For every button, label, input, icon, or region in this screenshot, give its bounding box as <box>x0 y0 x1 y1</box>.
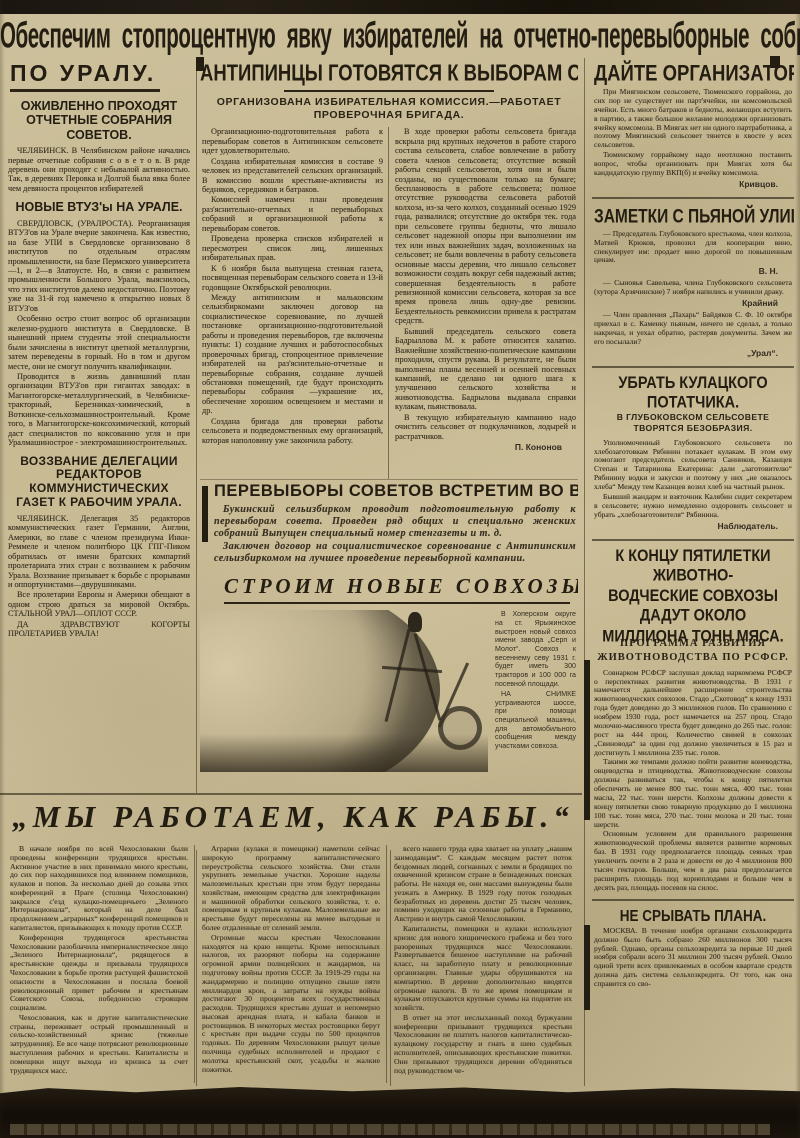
article-otchetnye-sobraniya: ОЖИВЛЕННО ПРОХОДЯТ ОТЧЕТНЫЕ СОБРАНИЯ СОВ… <box>8 99 190 193</box>
center-section: АНТИПИНЦЫ ГОТОВЯТСЯ К ВЫБОРАМ СЕЛЬСОВЕТА… <box>200 57 578 793</box>
antipintsy-body: Организационно-подготовительная работа к… <box>200 127 578 479</box>
antipintsy-subheadline: ОРГАНИЗОВАНА ИЗБИРАТЕЛЬНАЯ КОМИССИЯ.—РАБ… <box>204 96 574 122</box>
emphasis-bar <box>584 660 590 820</box>
antipintsy-headline: АНТИПИНЦЫ ГОТОВЯТСЯ К ВЫБОРАМ СЕЛЬСОВЕТА… <box>200 59 578 87</box>
emphasis-bar <box>584 925 590 1010</box>
zametki-item: — Сыновья Савельева, члена Глубоковского… <box>594 279 792 297</box>
article-pyatiletka: К КОНЦУ ПЯТИЛЕТКИ ЖИВОТНО- ВОДЧЕСКИЕ СОВ… <box>592 539 794 895</box>
newspaper-page: Обеспечим стопроцентную явку избирателей… <box>0 0 800 1138</box>
bottom-col1: В начале ноября по всей Чехословакии был… <box>8 845 194 1083</box>
article-vozzvanie: ВОЗЗВАНИЕ ДЕЛЕГАЦИИ РЕДАКТОРОВ КОММУНИСТ… <box>8 455 190 639</box>
bottom-col3: всего нашего труда едва хватает на уплат… <box>386 845 578 1083</box>
bottom-headline: „МЫ РАБОТАЕМ, КАК РАБЫ.“ <box>8 799 578 835</box>
paragraph: НА СНИМКЕ устраиваются шоссе, при помощи… <box>495 690 576 750</box>
emphasis-bar <box>202 486 208 542</box>
article-body: ЧЕЛЯБИНСК. В Челябинском районе начались… <box>8 146 190 193</box>
paragraph: Основным условием для правильного разреш… <box>594 830 792 892</box>
paragraph: Бывший председатель сельского совета Бад… <box>395 327 576 412</box>
paragraph: Такими же темпами должно пойти развитие … <box>594 758 792 829</box>
banner-headline: Обеспечим стопроцентную явку избирателей… <box>0 16 800 58</box>
paragraph: Проведена проверка списков избирателей и… <box>202 234 383 262</box>
article-body: Уполномоченный Глубоковского сельсовета … <box>594 439 792 520</box>
paragraph: Аграрии (кулаки и помещики) наметили сей… <box>202 845 380 933</box>
article-body: При Миягинском сельсовете, Тюменского го… <box>594 88 792 178</box>
paragraph: Заключен договор на социалистическое сор… <box>214 541 576 565</box>
paragraph: Особенно остро стоит вопрос об организац… <box>8 314 190 371</box>
rule <box>10 89 160 92</box>
item-text: — Сыновья Савельева, члена Глубоковского… <box>594 279 792 297</box>
zametki-item: — Председатель Глубоковского крестькома,… <box>594 230 792 266</box>
photo-machine-wheel <box>438 706 482 750</box>
antipintsy-col2: В ходе проверки работы сельсовета бригад… <box>388 127 578 479</box>
photo-worker-figure <box>408 612 422 632</box>
torn-edge-top <box>0 0 800 14</box>
antipintsy-col2-text: В ходе проверки работы сельсовета бригад… <box>395 127 576 441</box>
paragraph: ЧЕЛЯБИНСК. Делегация 35 редакторов комму… <box>8 514 190 590</box>
paragraph: Совнарком РСФСР заслушал доклад наркомзе… <box>594 669 792 758</box>
paragraph: Комиссией намечен план проведения раз'яс… <box>202 195 383 233</box>
title-line: К КОНЦУ ПЯТИЛЕТКИ ЖИВОТНО- <box>615 547 770 585</box>
signature: Крайний <box>594 298 792 308</box>
paragraph: Проводится в жизнь давнишний план органи… <box>8 372 190 448</box>
paragraph: В начале ноября по всей Чехословакии был… <box>10 845 188 933</box>
article-title: ДАЙТЕ ОРГАНИЗАТОРОВ! <box>594 60 792 86</box>
paragraph: К 6 ноября была выпущена стенная газета,… <box>202 264 383 292</box>
title-line: МИЛЛИОНА ТОНН МЯСА. <box>602 626 783 644</box>
article-title: НЕ СРЫВАТЬ ПЛАНА. <box>594 907 792 926</box>
article-ne-sryvat-plana: НЕ СРЫВАТЬ ПЛАНА. МОСКВА. В течение нояб… <box>592 899 794 991</box>
photo-beam <box>414 634 442 721</box>
article-title: К КОНЦУ ПЯТИЛЕТКИ ЖИВОТНО- ВОДЧЕСКИЕ СОВ… <box>594 547 792 647</box>
paragraph: Огромные массы крестьян Чехословакии нах… <box>202 934 380 1075</box>
paragraph: В ответ на этот неслыханный поход буржуа… <box>394 1014 572 1075</box>
article-daite-organizatorov: ДАЙТЕ ОРГАНИЗАТОРОВ! При Миягинском сель… <box>592 57 794 193</box>
perevybory-text: Букинский сельизбирком проводит подготов… <box>214 504 576 565</box>
bottom-col2: Аграрии (кулаки и помещики) наметили сей… <box>194 845 386 1083</box>
article-subtitle: В ГЛУБОКОВСКОМ СЕЛЬСОВЕТЕ ТВОРЯТСЯ БЕЗОБ… <box>594 412 792 434</box>
paragraph: Тюменскому горрайкому надо неотложно пос… <box>594 151 792 178</box>
paragraph: Создана избирательная комиссия в составе… <box>202 157 383 195</box>
zametki-item: — Член правления „Пахарь“ Байдяков С. Ф.… <box>594 311 792 347</box>
sovhozy-headline: СТРОИМ НОВЫЕ СОВХОЗЫ <box>224 574 570 604</box>
article-novye-vtuzy: НОВЫЕ ВТУЗ'ы НА УРАЛЕ. СВЕРДЛОВСК, (УРАЛ… <box>8 200 190 447</box>
article-zametki: ЗАМЕТКИ С ПЬЯНОЙ УЛИЦЫ. — Председатель Г… <box>592 197 794 362</box>
paragraph: СВЕРДЛОВСК, (УРАЛРОСТА). Реорганизация В… <box>8 219 190 314</box>
section-divider <box>0 793 582 795</box>
sovhozy-block: В Хоперском округе на ст. Ярыжинское выс… <box>200 610 578 772</box>
photo-caption: В Хоперском округе на ст. Ярыжинское выс… <box>495 610 578 772</box>
section-title-po-uralu: ПО УРАЛУ. <box>10 60 190 87</box>
perevybory-headline: ПЕРЕВЫБОРЫ СОВЕТОВ ВСТРЕТИМ ВО ВСЕОРУЖИИ… <box>214 482 576 501</box>
antipintsy-col1: Организационно-подготовительная работа к… <box>200 127 388 479</box>
paragraph: Букинский сельизбирком проводит подготов… <box>214 504 576 540</box>
article-body: Совнарком РСФСР заслушал доклад наркомзе… <box>594 669 792 893</box>
next-page-text-sliver <box>10 1124 770 1135</box>
sovkhoz-construction-photo <box>200 610 488 772</box>
article-ubrat-potatchika: УБРАТЬ КУЛАЦКОГО ПОТАТЧИКА. В ГЛУБОКОВСК… <box>592 366 794 535</box>
article-title: ОЖИВЛЕННО ПРОХОДЯТ ОТЧЕТНЫЕ СОБРАНИЯ СОВ… <box>8 99 190 142</box>
paragraph: В текущую избирательную кампанию надо оч… <box>395 413 576 441</box>
paragraph: ДА ЗДРАВСТВУЮТ КОГОРТЫ ПРОЛЕТАРИЕВ УРАЛА… <box>8 620 190 639</box>
photo-beam <box>382 666 442 673</box>
paragraph: В Хоперском округе на ст. Ярыжинское выс… <box>495 610 576 688</box>
article-title: ЗАМЕТКИ С ПЬЯНОЙ УЛИЦЫ. <box>594 206 792 229</box>
left-column: ПО УРАЛУ. ОЖИВЛЕННО ПРОХОДЯТ ОТЧЕТНЫЕ СО… <box>8 60 190 793</box>
signature: В. Н. <box>594 266 792 276</box>
paragraph: Организационно-подготовительная работа к… <box>202 127 383 155</box>
paragraph: Создана бригада для проверки работы сель… <box>202 417 383 445</box>
article-title: НОВЫЕ ВТУЗ'ы НА УРАЛЕ. <box>8 200 190 214</box>
bottom-section: „МЫ РАБОТАЕМ, КАК РАБЫ.“ В начале ноября… <box>8 797 578 1085</box>
item-text: — Председатель Глубоковского крестькома,… <box>594 230 792 266</box>
article-body: СВЕРДЛОВСК, (УРАЛРОСТА). Реорганизация В… <box>8 219 190 448</box>
column-divider <box>196 58 197 793</box>
title-line: ВОДЧЕСКИЕ СОВХОЗЫ ДАДУТ ОКОЛО <box>608 586 778 624</box>
paragraph: Между антипинским и мальковским сельизби… <box>202 293 383 416</box>
rule <box>284 90 494 92</box>
signature: П. Кононов <box>395 442 576 452</box>
paragraph: В ходе проверки работы сельсовета бригад… <box>395 127 576 326</box>
photo-beam <box>385 629 411 722</box>
paragraph: Уполномоченный Глубоковского сельсовета … <box>594 439 792 492</box>
paragraph: Капиталисты, помещики и кулаки использую… <box>394 925 572 1013</box>
paragraph: При Миягинском сельсовете, Тюменского го… <box>594 88 792 150</box>
bottom-columns: В начале ноября по всей Чехословакии был… <box>8 845 578 1083</box>
paragraph: Чехословакия, как и другие капиталистиче… <box>10 1014 188 1075</box>
signature: „Урал“. <box>594 348 792 358</box>
signature: Наблюдатель. <box>594 521 792 531</box>
article-body: МОСКВА. В течение ноября органами сельхо… <box>594 927 792 989</box>
article-title: ВОЗЗВАНИЕ ДЕЛЕГАЦИИ РЕДАКТОРОВ КОММУНИСТ… <box>8 455 190 510</box>
article-title: УБРАТЬ КУЛАЦКОГО ПОТАТЧИКА. <box>594 374 792 414</box>
right-column: ДАЙТЕ ОРГАНИЗАТОРОВ! При Миягинском сель… <box>592 57 794 1083</box>
article-body: ЧЕЛЯБИНСК. Делегация 35 редакторов комму… <box>8 514 190 639</box>
paragraph: ЧЕЛЯБИНСК. В Челябинском районе начались… <box>8 146 190 193</box>
signature: Кривцов. <box>594 179 792 189</box>
paragraph: всего нашего труда едва хватает на уплат… <box>394 845 572 924</box>
perevybory-block: ПЕРЕВЫБОРЫ СОВЕТОВ ВСТРЕТИМ ВО ВСЕОРУЖИИ… <box>200 479 578 568</box>
paragraph: МОСКВА. В течение ноября органами сельхо… <box>594 927 792 989</box>
paragraph: Все пролетарии Европы и Америки обещают … <box>8 590 190 618</box>
paragraph: Бывший жандарм и взяточник Калябин сидит… <box>594 493 792 520</box>
paragraph: Конференция трудящегося крестьянства Чех… <box>10 934 188 1013</box>
item-text: — Член правления „Пахарь“ Байдяков С. Ф.… <box>594 311 792 347</box>
